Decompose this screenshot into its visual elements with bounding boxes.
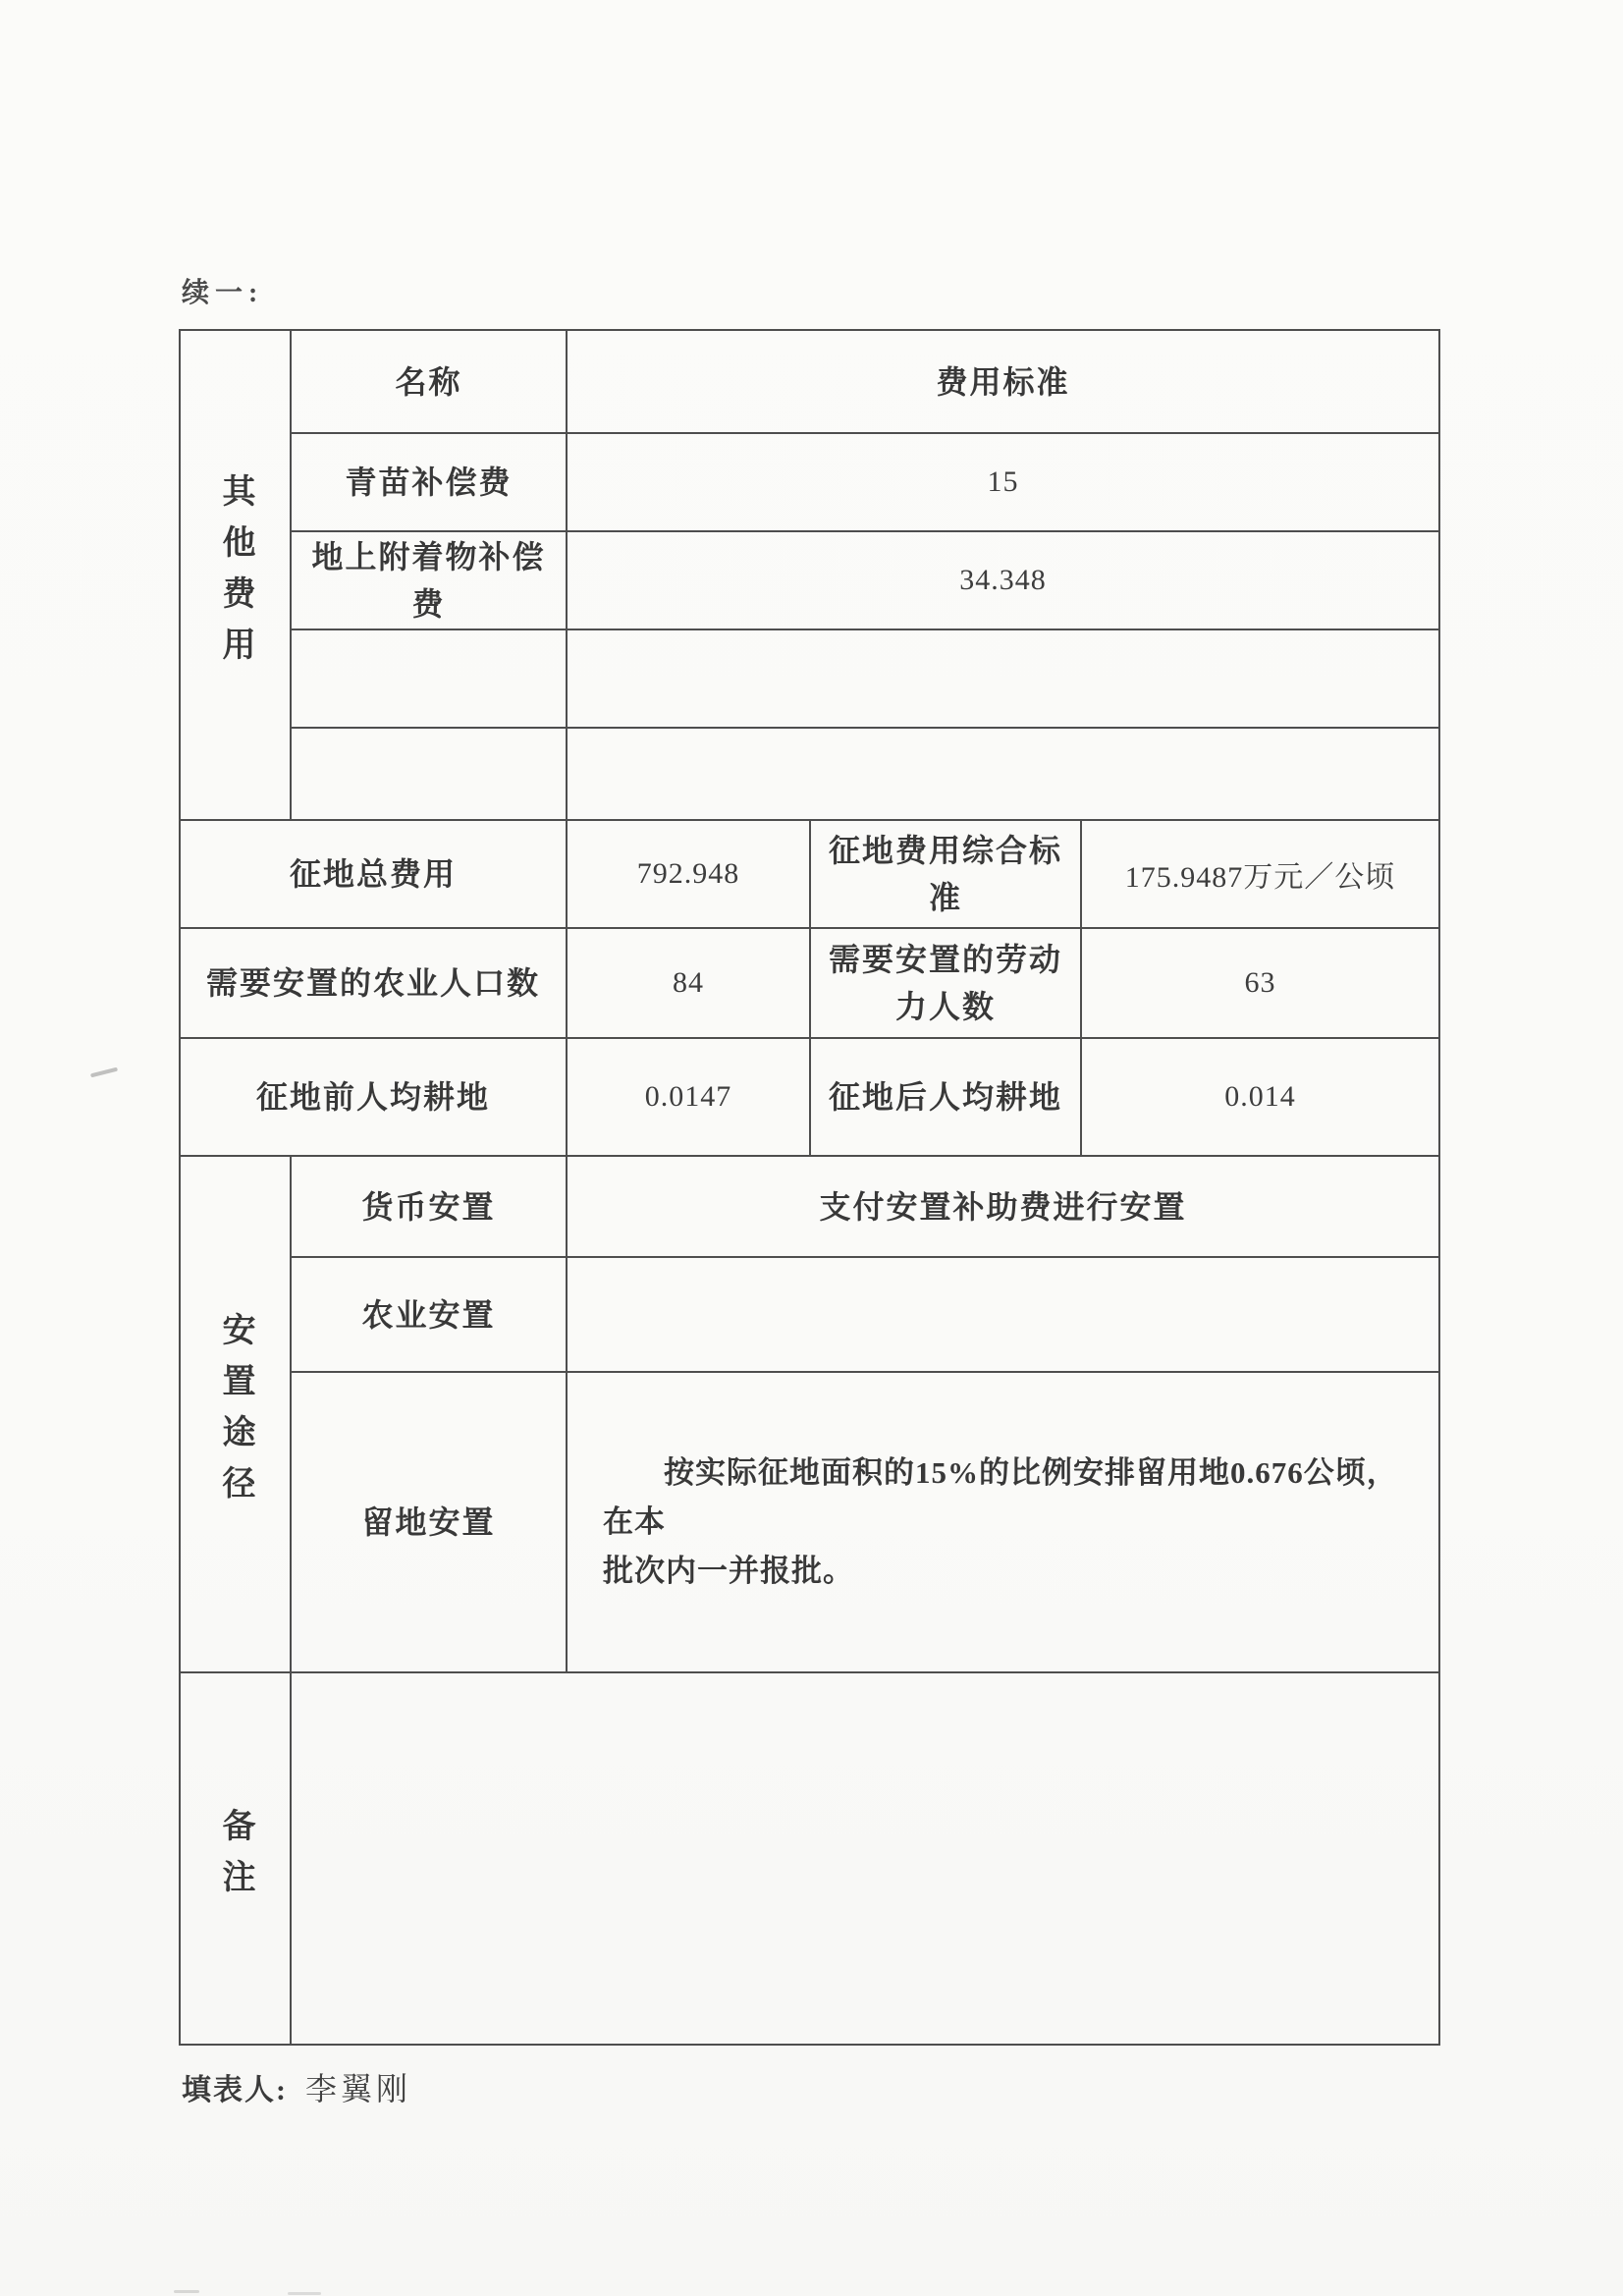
agricultural-resettlement-label-cell: 农业安置 [290, 1256, 566, 1371]
agricultural-resettlement-label: 农业安置 [352, 1291, 505, 1339]
labor-count-value-cell: 63 [1080, 927, 1438, 1037]
fee-standard-value: 34.348 [959, 564, 1047, 597]
resettlement-row-header: 安置途径 [211, 1312, 259, 1516]
total-cost-value-cell: 792.948 [566, 819, 809, 927]
monetary-resettlement-label: 货币安置 [352, 1183, 505, 1230]
total-cost-value: 792.948 [637, 857, 740, 891]
pre-acquisition-land-label-cell: 征地前人均耕地 [179, 1037, 566, 1155]
post-acquisition-land-value: 0.014 [1224, 1080, 1296, 1114]
reserved-land-resettlement-content-cell: 按实际征地面积的15%的比例安排留用地0.676公顷，在本 批次内一并报批。 [566, 1371, 1438, 1671]
pre-acquisition-land-value-cell: 0.0147 [566, 1037, 809, 1155]
fee-row-standard-cell: 15 [566, 432, 1438, 530]
labor-count-value: 63 [1245, 966, 1276, 1000]
agri-population-label: 需要安置的农业人口数 [196, 959, 550, 1007]
form-filler-name: 李翼刚 [305, 2064, 411, 2109]
agri-population-label-cell: 需要安置的农业人口数 [179, 927, 566, 1037]
pen-mark-artifact [90, 1067, 118, 1078]
composite-standard-label: 征地费用综合标准 [811, 827, 1080, 921]
other-fees-row-header: 其他费用 [211, 473, 259, 678]
reserved-land-resettlement-content: 按实际征地面积的15%的比例安排留用地0.676公顷，在本 批次内一并报批。 [603, 1449, 1409, 1597]
scanned-document-page: 续一: 其他费用 名称 费用标准 青苗补偿费 15 地上附着物补偿费 34.34… [0, 0, 1623, 2296]
composite-standard-label-cell: 征地费用综合标准 [809, 819, 1080, 927]
agri-population-value-cell: 84 [566, 927, 809, 1037]
scan-smudge-artifact [174, 2290, 199, 2293]
land-acquisition-table: 其他费用 名称 费用标准 青苗补偿费 15 地上附着物补偿费 34.348 [179, 329, 1440, 2046]
continuation-label: 续一: [182, 271, 263, 310]
pre-acquisition-land-value: 0.0147 [645, 1080, 732, 1114]
fee-name-header: 名称 [385, 358, 471, 406]
composite-standard-value-cell: 175.9487万元／公顷 [1080, 819, 1438, 927]
post-acquisition-land-label-cell: 征地后人均耕地 [809, 1037, 1080, 1155]
form-filler-line: 填表人: 李翼刚 [182, 2064, 411, 2109]
scan-smudge-artifact [288, 2292, 321, 2295]
reserved-land-resettlement-label: 留地安置 [352, 1499, 505, 1546]
fee-row-standard-cell: 34.348 [566, 530, 1438, 629]
composite-standard-value: 175.9487万元／公顷 [1125, 852, 1396, 896]
monetary-resettlement-label-cell: 货币安置 [290, 1155, 566, 1256]
fee-row-name-cell: 青苗补偿费 [290, 432, 566, 530]
post-acquisition-land-label: 征地后人均耕地 [819, 1073, 1072, 1121]
other-fees-row-header-cell: 其他费用 [179, 329, 290, 819]
pre-acquisition-land-label: 征地前人均耕地 [246, 1073, 500, 1121]
labor-count-label-cell: 需要安置的劳动力人数 [809, 927, 1080, 1037]
fee-name: 地上附着物补偿费 [292, 533, 566, 628]
agri-population-value: 84 [673, 966, 704, 1000]
reserved-land-resettlement-label-cell: 留地安置 [290, 1371, 566, 1671]
fee-row-name-cell [290, 629, 566, 727]
total-cost-label-cell: 征地总费用 [179, 819, 566, 927]
fee-row-standard-cell [566, 629, 1438, 727]
remarks-row-header: 备注 [211, 1808, 259, 1910]
fee-name-header-cell: 名称 [290, 329, 566, 432]
monetary-resettlement-content: 支付安置补助费进行安置 [809, 1183, 1196, 1230]
monetary-resettlement-content-cell: 支付安置补助费进行安置 [566, 1155, 1438, 1256]
agricultural-resettlement-content-cell [566, 1256, 1438, 1371]
fee-row-name-cell: 地上附着物补偿费 [290, 530, 566, 629]
remarks-row-header-cell: 备注 [179, 1671, 290, 2044]
fee-row-standard-cell [566, 727, 1438, 819]
resettlement-row-header-cell: 安置途径 [179, 1155, 290, 1671]
fee-standard-value: 15 [988, 465, 1019, 499]
fee-row-name-cell [290, 727, 566, 819]
labor-count-label: 需要安置的劳动力人数 [811, 936, 1080, 1030]
fee-name: 青苗补偿费 [335, 459, 521, 506]
fee-standard-header: 费用标准 [926, 358, 1079, 406]
post-acquisition-land-value-cell: 0.014 [1080, 1037, 1438, 1155]
form-filler-label: 填表人: [182, 2065, 288, 2108]
total-cost-label: 征地总费用 [280, 850, 466, 898]
remarks-content-cell [290, 1671, 1438, 2044]
fee-standard-header-cell: 费用标准 [566, 329, 1438, 432]
